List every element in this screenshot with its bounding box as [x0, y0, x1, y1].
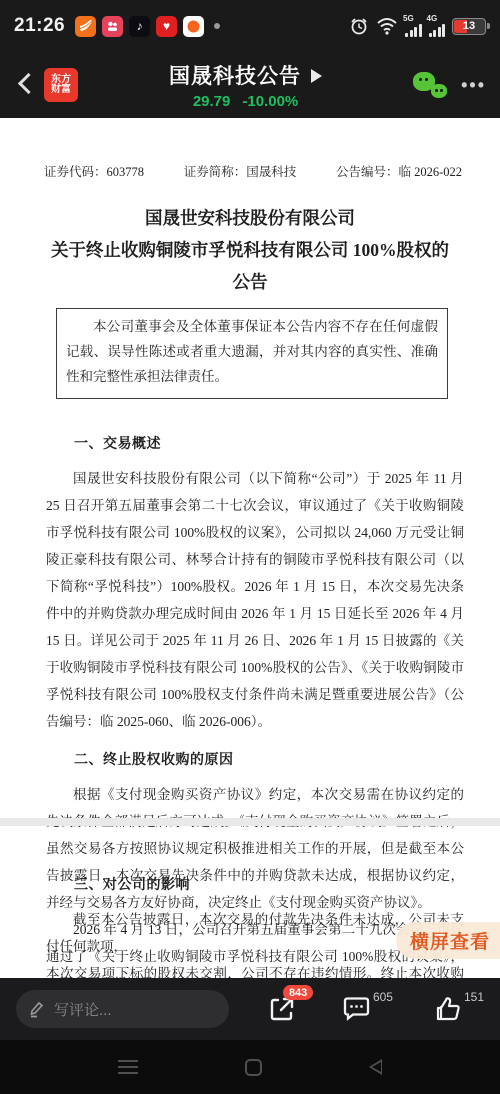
document-title-line3: 公告	[0, 266, 500, 298]
battery-icon: 13	[452, 18, 486, 35]
home-icon[interactable]	[245, 1059, 262, 1076]
announcement-document[interactable]: 证券代码：603778 证券简称：国晟科技 公告编号：临 2026-022 国晟…	[0, 118, 500, 978]
more-menu-icon[interactable]: •••	[461, 75, 486, 96]
page-title: 国晟科技公告	[169, 60, 301, 90]
document-title: 国晟世安科技股份有限公司 关于终止收购铜陵市孚悦科技有限公司 100%股权的 公…	[0, 202, 500, 298]
comment-action[interactable]: 605	[341, 994, 393, 1024]
stock-change: -10.00%	[242, 93, 298, 110]
security-short-name: 证券简称：国晟科技	[184, 162, 297, 180]
comment-input[interactable]: 写评论...	[16, 990, 229, 1028]
notification-overflow-dot	[214, 23, 220, 29]
like-count: 151	[464, 990, 484, 1004]
signal-4g-icon: 4G	[429, 16, 446, 37]
alarm-icon	[349, 16, 369, 36]
document-meta-row: 证券代码：603778 证券简称：国晟科技 公告编号：临 2026-022	[44, 162, 462, 180]
header-center: 国晟科技公告 29.79 -10.00%	[78, 60, 413, 110]
wifi-icon	[376, 17, 398, 35]
disclaimer-box: 本公司董事会及全体董事保证本公告内容不存在任何虚假记载、误导性陈述或者重大遗漏，…	[56, 308, 448, 399]
document-title-line2: 关于终止收购铜陵市孚悦科技有限公司 100%股权的	[0, 234, 500, 266]
section1-paragraph1: 国晟世安科技股份有限公司（以下简称“公司”）于 2025 年 11 月 25 日…	[46, 465, 464, 735]
stock-price: 29.79	[193, 93, 231, 110]
recents-menu-icon[interactable]	[118, 1060, 138, 1074]
pinduoduo-app-icon: ♥	[156, 16, 177, 37]
eastmoney-logo[interactable]: 东方 财富	[44, 68, 78, 102]
comment-bar: 写评论... 843 605 151	[0, 978, 500, 1040]
wechat-share-icon[interactable]	[413, 70, 447, 100]
like-action[interactable]: 151	[433, 994, 484, 1024]
landscape-view-button[interactable]: 横屏查看	[396, 922, 500, 959]
clock-time: 21:26	[14, 15, 65, 37]
landscape-view-label: 横屏查看	[410, 927, 490, 954]
logo-text-bottom: 财富	[51, 85, 71, 96]
karaoke-app-icon	[102, 16, 123, 37]
stock-quote[interactable]: 29.79 -10.00%	[193, 93, 298, 110]
thumbs-up-icon	[433, 994, 463, 1024]
battery-cap	[487, 23, 490, 29]
document-title-line1: 国晟世安科技股份有限公司	[0, 202, 500, 234]
announcement-number: 公告编号：临 2026-022	[336, 162, 462, 180]
android-nav-bar	[0, 1040, 500, 1094]
battery-percent: 13	[453, 20, 485, 32]
status-right-cluster: 5G 4G 13	[349, 16, 486, 37]
orange-circle-app-icon	[183, 16, 204, 37]
comment-count: 605	[373, 990, 393, 1004]
eastmoney-app-icon	[75, 16, 96, 37]
play-icon[interactable]	[311, 69, 322, 83]
pencil-icon	[28, 1000, 46, 1018]
phone-screen: 21:26 ♪ ♥	[0, 0, 500, 1094]
douyin-app-icon: ♪	[129, 16, 150, 37]
section3-line2: 本次交易项下标的股权未交割，公司不存在违约情形。终止本次收购是公司	[46, 960, 464, 978]
app-header: 东方 财富 国晟科技公告 29.79 -10.00% •••	[0, 52, 500, 118]
signal-5g-icon: 5G	[405, 16, 422, 37]
page-break-divider	[0, 818, 500, 826]
status-bar: 21:26 ♪ ♥	[0, 0, 500, 52]
comment-placeholder: 写评论...	[54, 999, 112, 1020]
nav-back-icon[interactable]	[369, 1059, 382, 1075]
share-action[interactable]: 843	[267, 994, 297, 1024]
share-count-badge: 843	[283, 985, 313, 1000]
back-button[interactable]	[12, 72, 38, 98]
notification-icons: ♪ ♥	[75, 16, 220, 37]
section3-title: 三、对公司的影响	[46, 874, 464, 894]
comment-icon	[341, 994, 372, 1024]
section1-title: 一、交易概述	[46, 433, 464, 453]
section2-title: 二、终止股权收购的原因	[46, 749, 464, 769]
security-code: 证券代码：603778	[44, 162, 144, 180]
